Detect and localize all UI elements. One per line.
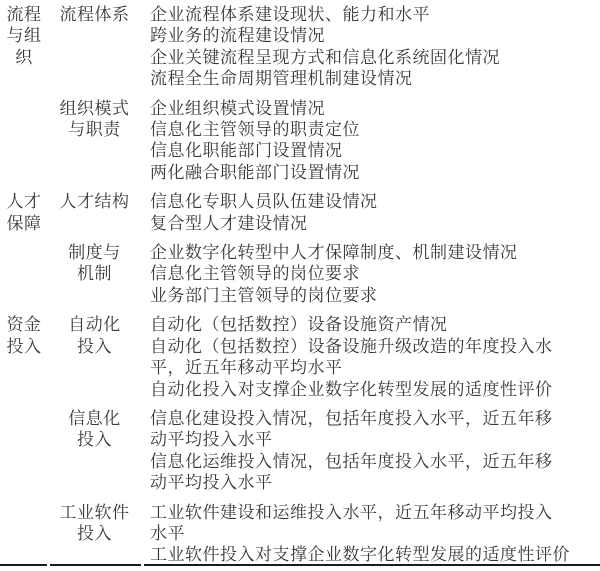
group-name-line: 投入 [48,336,141,357]
group-name-line: 机制 [48,263,141,284]
indicator-item: 企业流程体系建设现状、能力和水平 [150,4,598,25]
category-name-line: 投入 [0,336,48,357]
indicator-item: 企业关键流程呈现方式和信息化系统固化情况 [150,47,598,68]
bottom-border-segment-items [144,564,600,566]
group-cell: 自动化投入 [48,314,141,357]
indicator-line: 企业数字化转型中人才保障制度、机制建设情况 [150,242,598,263]
group-cell: 组织模式与职责 [48,98,141,141]
indicator-line: 自动化（包括数控）设备设施资产情况 [150,314,598,335]
category-name-line: 与组 [0,25,48,46]
indicator-item: 企业组织模式设置情况 [150,98,598,119]
category-name-line: 织 [0,47,48,68]
indicator-line: 工业软件建设和运维投入水平，近五年移动平均投入 [150,502,598,523]
table-row: 组织模式与职责企业组织模式设置情况信息化主管领导的职责定位信息化职能部门设置情况… [0,98,600,184]
indicator-item: 自动化（包括数控）设备设施资产情况 [150,314,598,335]
indicator-line: 动平均投入水平 [150,472,598,493]
indicator-cell: 信息化建设投入情况，包括年度投入水平，近五年移动平均投入水平信息化运维投入情况，… [141,408,600,494]
group-cell: 流程体系 [48,4,141,25]
indicator-item: 信息化运维投入情况，包括年度投入水平，近五年移动平均投入水平 [150,451,598,494]
indicator-item: 跨业务的流程建设情况 [150,25,598,46]
group-cell: 制度与机制 [48,242,141,285]
group-name-line: 投入 [48,429,141,450]
group-name-line: 制度与 [48,242,141,263]
indicator-item: 信息化主管领导的岗位要求 [150,263,598,284]
indicator-cell: 企业流程体系建设现状、能力和水平跨业务的流程建设情况企业关键流程呈现方式和信息化… [141,4,600,90]
indicator-item: 企业数字化转型中人才保障制度、机制建设情况 [150,242,598,263]
indicator-item: 信息化建设投入情况，包括年度投入水平，近五年移动平均投入水平 [150,408,598,451]
indicator-item: 信息化主管领导的职责定位 [150,119,598,140]
indicator-line: 企业组织模式设置情况 [150,98,598,119]
indicator-item: 自动化投入对支撑企业数字化转型发展的适度性评价 [150,379,598,400]
indicator-line: 工业软件投入对支撑企业数字化转型发展的适度性评价 [150,544,598,565]
indicator-item: 流程全生命周期管理机制建设情况 [150,68,598,89]
indicator-table-page: 流程与组织流程体系企业流程体系建设现状、能力和水平跨业务的流程建设情况企业关键流… [0,0,600,571]
indicator-line: 企业关键流程呈现方式和信息化系统固化情况 [150,47,598,68]
indicator-line: 信息化主管领导的职责定位 [150,119,598,140]
group-name-line: 投入 [48,523,141,544]
category-cell: 人才保障 [0,191,48,234]
indicator-cell: 信息化专职人员队伍建设情况复合型人才建设情况 [141,191,600,234]
table-row: 工业软件投入工业软件建设和运维投入水平，近五年移动平均投入水平工业软件投入对支撑… [0,502,600,566]
indicator-line: 企业流程体系建设现状、能力和水平 [150,4,598,25]
group-name-line: 组织模式 [48,98,141,119]
category-name-line: 保障 [0,213,48,234]
indicator-line: 信息化运维投入情况，包括年度投入水平，近五年移 [150,451,598,472]
group-name-line: 与职责 [48,119,141,140]
indicator-line: 跨业务的流程建设情况 [150,25,598,46]
category-cell: 资金投入 [0,314,48,357]
indicator-line: 信息化专职人员队伍建设情况 [150,191,598,212]
group-name-line: 流程体系 [48,4,141,25]
table-row: 信息化投入信息化建设投入情况，包括年度投入水平，近五年移动平均投入水平信息化运维… [0,408,600,494]
indicator-line: 动平均投入水平 [150,429,598,450]
group-name-line: 自动化 [48,314,141,335]
indicator-line: 水平 [150,523,598,544]
group-name-line: 工业软件 [48,502,141,523]
indicator-item: 工业软件投入对支撑企业数字化转型发展的适度性评价 [150,544,598,565]
bottom-border-segment-category [0,564,47,566]
group-cell: 工业软件投入 [48,502,141,545]
indicator-line: 信息化职能部门设置情况 [150,140,598,161]
table-row: 制度与机制企业数字化转型中人才保障制度、机制建设情况信息化主管领导的岗位要求业务… [0,242,600,306]
indicator-line: 两化融合职能部门设置情况 [150,162,598,183]
table-row: 资金投入自动化投入自动化（包括数控）设备设施资产情况自动化（包括数控）设备设施升… [0,314,600,400]
indicator-item: 复合型人才建设情况 [150,213,598,234]
indicator-item: 自动化（包括数控）设备设施升级改造的年度投入水平，近五年移动平均水平 [150,336,598,379]
indicator-line: 平，近五年移动平均水平 [150,357,598,378]
category-name-line: 人才 [0,191,48,212]
category-name-line: 流程 [0,4,48,25]
indicator-line: 流程全生命周期管理机制建设情况 [150,68,598,89]
indicator-cell: 自动化（包括数控）设备设施资产情况自动化（包括数控）设备设施升级改造的年度投入水… [141,314,600,400]
table-body: 流程与组织流程体系企业流程体系建设现状、能力和水平跨业务的流程建设情况企业关键流… [0,4,600,566]
indicator-cell: 企业数字化转型中人才保障制度、机制建设情况信息化主管领导的岗位要求业务部门主管领… [141,242,600,306]
table-bottom-border [0,564,600,566]
group-cell: 信息化投入 [48,408,141,451]
category-name-line: 资金 [0,314,48,335]
indicator-item: 信息化专职人员队伍建设情况 [150,191,598,212]
category-cell: 流程与组织 [0,4,48,68]
indicator-line: 信息化建设投入情况，包括年度投入水平，近五年移 [150,408,598,429]
indicator-line: 自动化投入对支撑企业数字化转型发展的适度性评价 [150,379,598,400]
table-row: 人才保障人才结构信息化专职人员队伍建设情况复合型人才建设情况 [0,191,600,234]
group-cell: 人才结构 [48,191,141,212]
table-row: 流程与组织流程体系企业流程体系建设现状、能力和水平跨业务的流程建设情况企业关键流… [0,4,600,90]
indicator-item: 业务部门主管领导的岗位要求 [150,285,598,306]
bottom-border-segment-group [50,564,141,566]
indicator-item: 信息化职能部门设置情况 [150,140,598,161]
indicator-item: 两化融合职能部门设置情况 [150,162,598,183]
indicator-item: 工业软件建设和运维投入水平，近五年移动平均投入水平 [150,502,598,545]
indicator-line: 自动化（包括数控）设备设施升级改造的年度投入水 [150,336,598,357]
indicator-line: 信息化主管领导的岗位要求 [150,263,598,284]
indicator-line: 复合型人才建设情况 [150,213,598,234]
indicator-cell: 企业组织模式设置情况信息化主管领导的职责定位信息化职能部门设置情况两化融合职能部… [141,98,600,184]
indicator-cell: 工业软件建设和运维投入水平，近五年移动平均投入水平工业软件投入对支撑企业数字化转… [141,502,600,566]
indicator-line: 业务部门主管领导的岗位要求 [150,285,598,306]
group-name-line: 信息化 [48,408,141,429]
group-name-line: 人才结构 [48,191,141,212]
